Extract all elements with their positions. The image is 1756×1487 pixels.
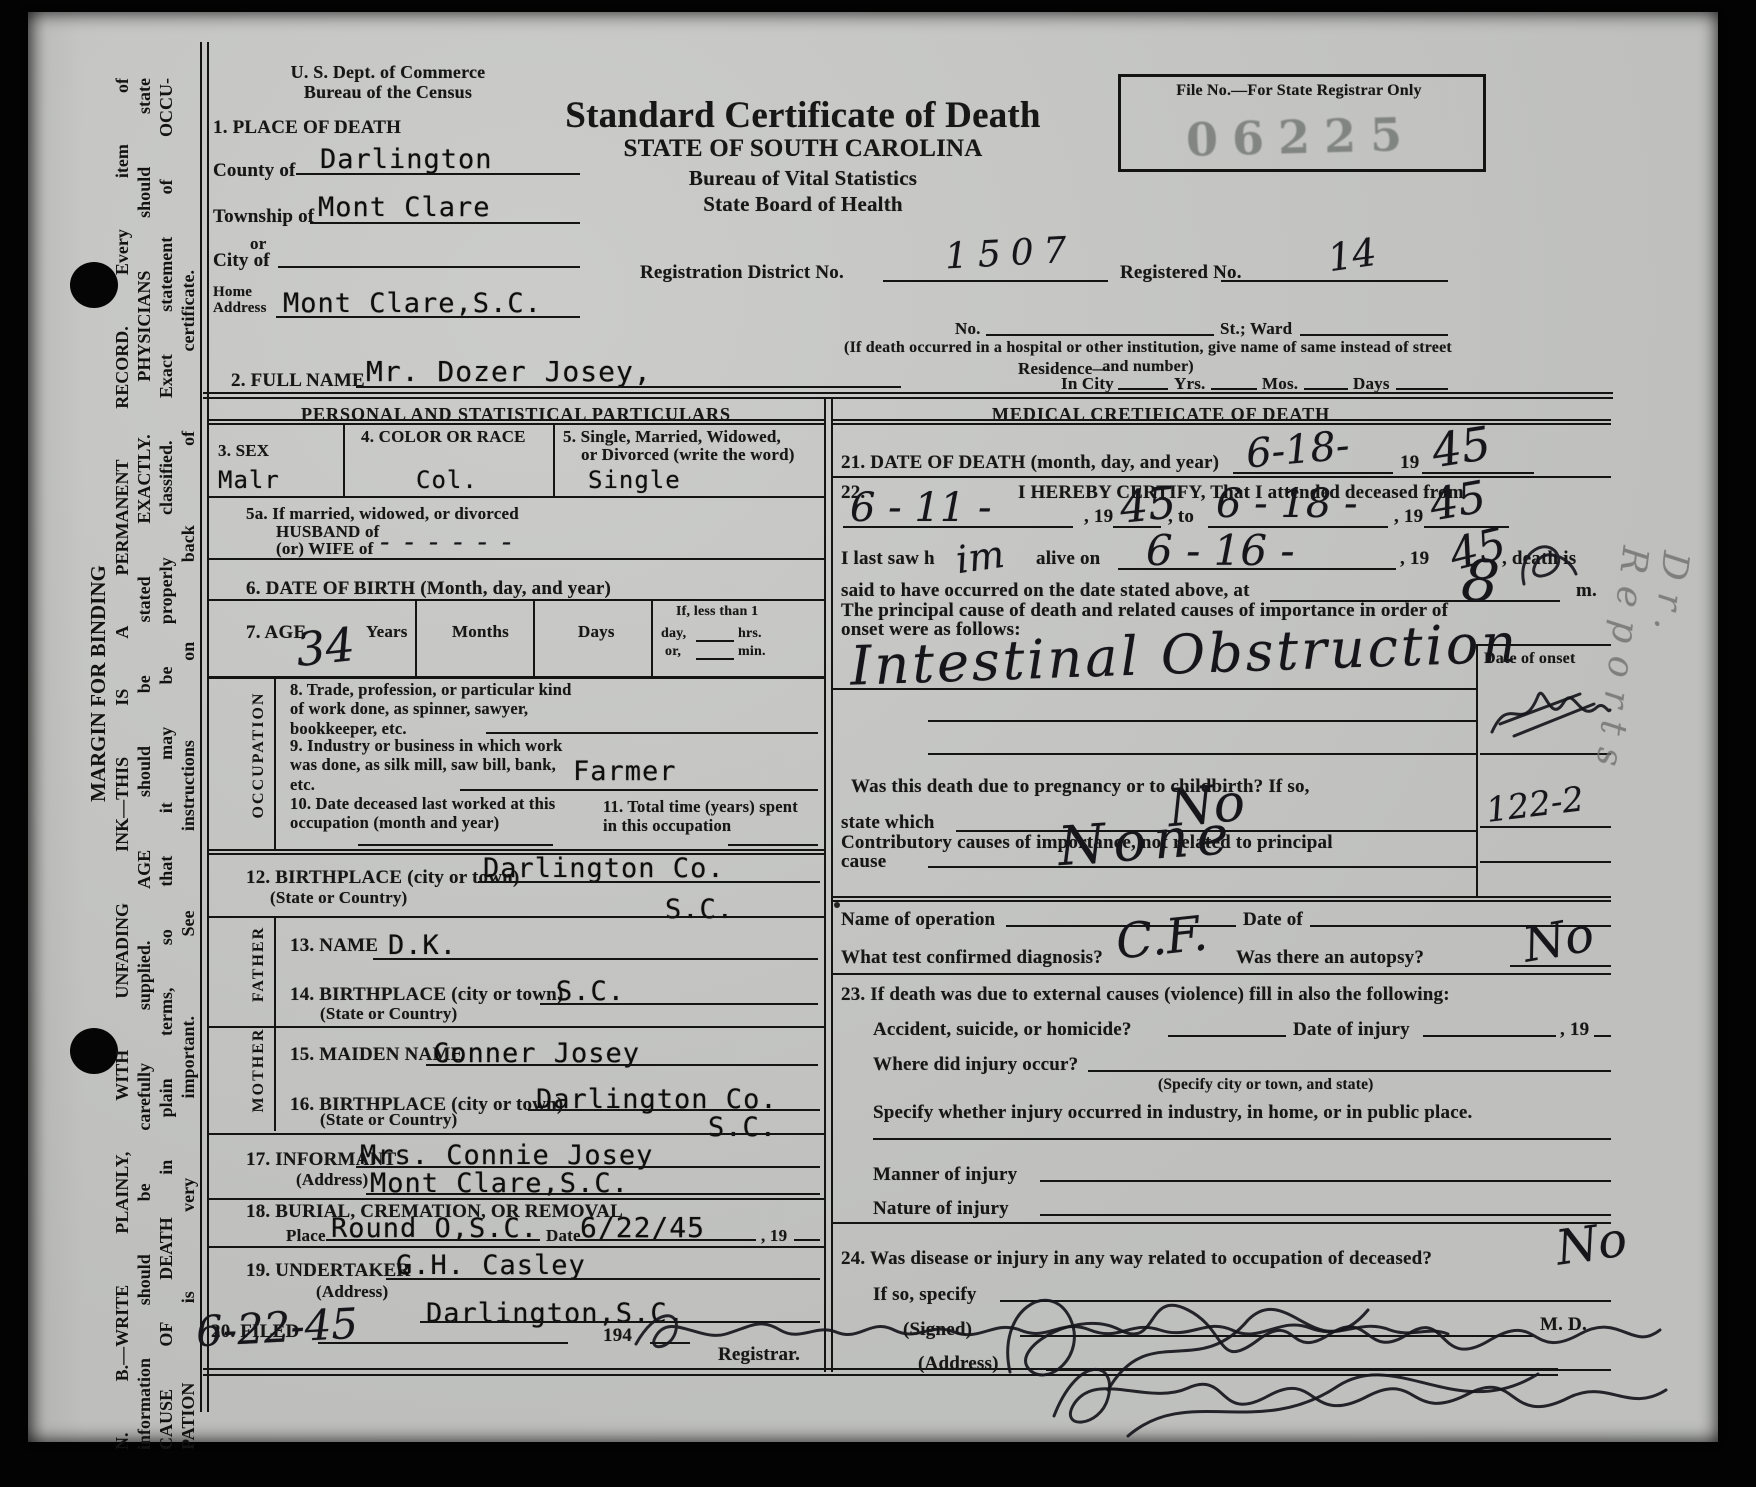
rule xyxy=(310,222,580,224)
place-of-death-label: 1. PLACE OF DEATH xyxy=(213,117,401,139)
margin-nb-line: N. B.—WRITE PLAINLY, WITH UNFADING INK—T… xyxy=(112,78,136,1450)
bureau-vital-statistics: Bureau of Vital Statistics xyxy=(503,166,1103,191)
township-field[interactable]: Mont Clare xyxy=(318,194,491,221)
city-label: City of xyxy=(213,250,270,272)
autopsy-label: Was there an autopsy? xyxy=(1236,947,1424,969)
rule xyxy=(358,844,553,846)
rule xyxy=(833,688,1476,690)
rule xyxy=(208,916,824,918)
informant-address-label: (Address) xyxy=(296,1170,368,1190)
race-field[interactable]: Col. xyxy=(416,468,478,492)
attended-from-field[interactable]: 6 - 11 - xyxy=(850,488,992,528)
rule xyxy=(873,1138,1611,1140)
rule xyxy=(833,973,1611,975)
if-less-than-label: If, less than 1 xyxy=(676,604,758,621)
father-bp-state-label: (State or Country) xyxy=(320,1004,457,1024)
registration-district-field[interactable]: 1507 xyxy=(944,233,1077,276)
mother-side-label: MOTHER xyxy=(250,1020,268,1120)
rule xyxy=(696,640,734,642)
rule xyxy=(1168,1035,1286,1037)
years-col-label: Years xyxy=(366,622,408,642)
industry-field[interactable]: Farmer xyxy=(573,758,677,785)
marital-label-2: or Divorced (write the word) xyxy=(581,445,795,465)
registered-no-field[interactable]: 14 xyxy=(1326,233,1379,277)
rule xyxy=(528,1109,820,1111)
rule xyxy=(831,419,1611,421)
rule xyxy=(553,423,555,496)
rule xyxy=(274,916,276,1026)
rule xyxy=(208,558,824,560)
rule xyxy=(373,958,818,960)
rule xyxy=(1118,568,1396,570)
rule xyxy=(200,42,202,1412)
home-address-field[interactable]: Mont Clare,S.C. xyxy=(283,290,542,317)
alive-on-date-field[interactable]: 6 - 16 - xyxy=(1146,530,1295,572)
burial-date-field[interactable]: 6/22/45 xyxy=(580,1214,705,1242)
township-label: Township of xyxy=(213,206,314,228)
rule xyxy=(651,599,653,676)
min-label: min. xyxy=(738,644,766,661)
where-injury-label: Where did injury occur? xyxy=(873,1054,1078,1076)
birthplace-label: 12. BIRTHPLACE (city or town) xyxy=(246,867,519,889)
scanned-death-certificate: MARGIN FOR BINDING N. B.—WRITE PLAINLY, … xyxy=(0,0,1756,1487)
rule xyxy=(1304,388,1348,390)
operation-label: Name of operation xyxy=(841,909,995,931)
father-name-label: 13. NAME xyxy=(290,935,378,957)
months-col-label: Months xyxy=(452,622,509,642)
item23-label: 23. If death was due to external causes … xyxy=(841,984,1450,1006)
rule xyxy=(415,599,417,676)
burial-year-label: , 19 xyxy=(761,1226,787,1246)
rule xyxy=(833,900,1611,902)
rule xyxy=(824,397,826,1372)
rule xyxy=(208,676,824,679)
rule xyxy=(576,1239,756,1241)
rule xyxy=(276,316,580,318)
ink-dot xyxy=(834,902,840,908)
rule xyxy=(343,423,345,496)
spouse-field[interactable]: - - - - - - xyxy=(380,528,514,556)
registration-district-label: Registration District No. xyxy=(640,262,844,284)
st-ward-label: St.; Ward xyxy=(1220,319,1292,339)
rule xyxy=(986,334,1214,336)
last-saw-label: I last saw h xyxy=(841,548,935,570)
rule xyxy=(833,476,1611,478)
physician-address-label: (Address) xyxy=(918,1353,999,1375)
burial-place-label: Place xyxy=(286,1226,326,1246)
rule xyxy=(1118,388,1168,390)
rule xyxy=(1510,965,1611,967)
operation-date-label: Date of xyxy=(1243,909,1303,931)
date-of-death-field[interactable]: 6-18- xyxy=(1244,426,1350,475)
date-of-onset-label: Date of onset xyxy=(1484,650,1575,669)
birthplace-state-field[interactable]: S.C. xyxy=(665,896,734,923)
attended-to-field[interactable]: 6 - 18 - xyxy=(1216,484,1358,524)
alive-on-label: alive on xyxy=(1036,548,1100,570)
rule xyxy=(1594,1035,1611,1037)
mother-bp-state-label: (State or Country) xyxy=(320,1110,457,1130)
birthplace-field[interactable]: Darlington Co. xyxy=(483,855,725,882)
dept-of-commerce: U. S. Dept. of Commerce xyxy=(228,62,548,83)
mother-maiden-field[interactable]: Conner Josey xyxy=(433,1040,640,1067)
rule xyxy=(318,1342,568,1344)
hrs-label: hrs. xyxy=(738,626,762,643)
rule xyxy=(1476,644,1611,646)
rule xyxy=(208,419,824,421)
rule xyxy=(278,266,580,268)
file-number-label: File No.—For State Registrar Only xyxy=(1118,82,1480,101)
rule xyxy=(208,599,824,601)
home-address-label: Address xyxy=(213,300,267,318)
physician-address-signature xyxy=(1038,1324,1678,1442)
rule xyxy=(833,896,1611,898)
hospital-note: (If death occurred in a hospital or othe… xyxy=(838,339,1458,377)
mother-bp-state-field[interactable]: S.C. xyxy=(708,1114,777,1141)
date-of-birth-label: 6. DATE OF BIRTH (Month, day, and year) xyxy=(246,578,611,600)
from-19-label: , 19 xyxy=(1084,506,1113,528)
county-field[interactable]: Darlington xyxy=(320,146,493,173)
rule xyxy=(1233,472,1393,474)
rule xyxy=(533,599,535,676)
rule xyxy=(1396,388,1448,390)
specify-whether-label: Specify whether injury occurred in indus… xyxy=(873,1102,1472,1124)
margin-nb-line: PATION is very important. See instructio… xyxy=(178,270,202,1450)
rule xyxy=(208,496,824,498)
accident-label: Accident, suicide, or homicide? xyxy=(873,1019,1132,1041)
burial-place-field[interactable]: Round O,S.C. xyxy=(331,1215,538,1242)
rule xyxy=(478,881,820,883)
test-answer-field[interactable]: C.F. xyxy=(1114,909,1210,966)
time-scrawl xyxy=(1512,532,1582,596)
rule xyxy=(1480,861,1611,863)
rule xyxy=(843,526,1073,528)
autopsy-answer-field[interactable]: No xyxy=(1519,910,1597,970)
specify-city-label: (Specify city or town, and state) xyxy=(1158,1076,1374,1094)
state-board-of-health: State Board of Health xyxy=(503,192,1103,217)
rule xyxy=(883,280,1108,282)
sex-field[interactable]: Malr xyxy=(218,468,280,492)
bureau-of-census: Bureau of the Census xyxy=(228,82,548,103)
nature-of-injury-label: Nature of injury xyxy=(873,1198,1009,1220)
rule xyxy=(1423,1035,1556,1037)
occupation-item8-label: 8. Trade, profession, or particular kind… xyxy=(290,680,582,738)
informant-field[interactable]: Mrs. Connie Josey xyxy=(360,1142,653,1169)
birthplace-state-label: (State or Country) xyxy=(270,888,407,908)
rule xyxy=(833,1222,1611,1224)
test-label: What test confirmed diagnosis? xyxy=(841,947,1103,969)
rule xyxy=(274,1026,276,1131)
occupation-item11-label: 11. Total time (years) spent in this occ… xyxy=(603,797,803,836)
registrar-label: Registrar. xyxy=(718,1344,800,1366)
rule xyxy=(831,397,833,1372)
rule xyxy=(366,1193,820,1195)
rule xyxy=(203,392,1613,394)
rule xyxy=(728,844,818,846)
rule xyxy=(696,658,734,660)
wife-of-label: (or) WIFE of xyxy=(276,539,373,559)
certificate-paper: MARGIN FOR BINDING N. B.—WRITE PLAINLY, … xyxy=(28,12,1718,1442)
father-side-label: FATHER xyxy=(250,914,268,1014)
manner-of-injury-label: Manner of injury xyxy=(873,1164,1017,1186)
contributory-answer-field[interactable]: None xyxy=(1056,808,1238,874)
day-label: day, xyxy=(661,626,686,643)
sex-label: 3. SEX xyxy=(218,441,269,461)
to-year-field[interactable]: 45 xyxy=(1427,475,1490,528)
rule xyxy=(460,789,818,791)
rule xyxy=(1088,1070,1611,1072)
am-pm-label: m. xyxy=(1576,580,1597,602)
rule xyxy=(356,386,901,388)
certificate-title: Standard Certificate of Death xyxy=(503,94,1103,138)
dod-19-label: 19 xyxy=(1400,452,1419,474)
last-saw-him-field[interactable]: im xyxy=(954,535,1007,579)
father-name-field[interactable]: D.K. xyxy=(388,932,457,959)
to-19-label: , 19 xyxy=(1394,506,1423,528)
full-name-field[interactable]: Mr. Dozer Josey, xyxy=(366,358,652,386)
date-of-death-label: 21. DATE OF DEATH (month, day, and year) xyxy=(841,452,1219,474)
contributory-label-2: cause xyxy=(841,851,886,873)
rule xyxy=(928,720,1476,722)
rule xyxy=(1480,826,1611,828)
or-min-label: or, xyxy=(665,644,681,661)
rule xyxy=(928,753,1476,755)
punch-hole xyxy=(70,262,118,308)
county-label: County of xyxy=(213,160,296,182)
state-title: STATE OF SOUTH CAROLINA xyxy=(503,134,1103,164)
rule xyxy=(326,1239,540,1241)
filed-date-field[interactable]: 6-22-45 xyxy=(195,1303,359,1353)
race-label: 4. COLOR OR RACE xyxy=(361,427,526,447)
rule xyxy=(274,676,276,849)
date-of-injury-label: Date of injury xyxy=(1293,1019,1410,1041)
margin-binding-note: MARGIN FOR BINDING xyxy=(86,502,111,802)
dod-year-field[interactable]: 45 xyxy=(1429,420,1494,475)
street-no-label: No. xyxy=(955,319,981,339)
margin-nb-line: information should be carefully supplied… xyxy=(134,78,158,1450)
rule xyxy=(208,849,824,851)
rule xyxy=(794,1239,820,1241)
marital-field[interactable]: Single xyxy=(588,468,681,492)
rule xyxy=(1040,1180,1611,1182)
full-name-label: 2. FULL NAME xyxy=(231,370,365,392)
rule xyxy=(1211,388,1257,390)
occupation-side-label: OCCUPATION xyxy=(250,680,268,830)
if-so-specify-label: If so, specify xyxy=(873,1284,977,1306)
signed-label: (Signed) xyxy=(903,1319,972,1341)
burial-date-label: Date xyxy=(546,1226,581,1246)
occupation-item10-label: 10. Date deceased last worked at this oc… xyxy=(290,794,572,833)
file-number-stamp: 06225 xyxy=(1185,107,1416,167)
rule xyxy=(831,423,1611,425)
rule xyxy=(426,1064,818,1066)
rule xyxy=(208,1246,824,1248)
rule xyxy=(486,732,818,734)
rule xyxy=(386,1278,820,1280)
rule xyxy=(203,397,1613,399)
rule xyxy=(208,1198,824,1200)
injury-19-label: , 19 xyxy=(1560,1019,1589,1041)
age-field[interactable]: 34 xyxy=(294,621,357,673)
father-birthplace-field[interactable]: S.C. xyxy=(556,978,625,1005)
margin-nb-line: CAUSE OF DEATH in plain terms, so that i… xyxy=(156,78,180,1450)
rule xyxy=(208,423,824,425)
rule xyxy=(207,42,209,1412)
rule xyxy=(208,1133,824,1135)
rule xyxy=(1221,280,1448,282)
punch-hole xyxy=(70,1028,118,1074)
occupation-item9-label: 9. Industry or business in which work wa… xyxy=(290,736,582,794)
rule xyxy=(1040,1214,1611,1216)
days-col-label: Days xyxy=(578,622,615,642)
alive-19-label: , 19 xyxy=(1400,548,1429,570)
time-of-death-field[interactable]: 8 xyxy=(1459,550,1502,612)
mortality-code-field[interactable]: 122-2 xyxy=(1484,782,1585,828)
rule xyxy=(540,1003,818,1005)
rule xyxy=(1300,334,1448,336)
rule xyxy=(1476,644,1478,897)
rule xyxy=(208,1026,824,1028)
undertaker-field[interactable]: G.H. Casley xyxy=(396,1252,586,1279)
pencil-margin-note: Dr. Reports xyxy=(1586,544,1696,787)
